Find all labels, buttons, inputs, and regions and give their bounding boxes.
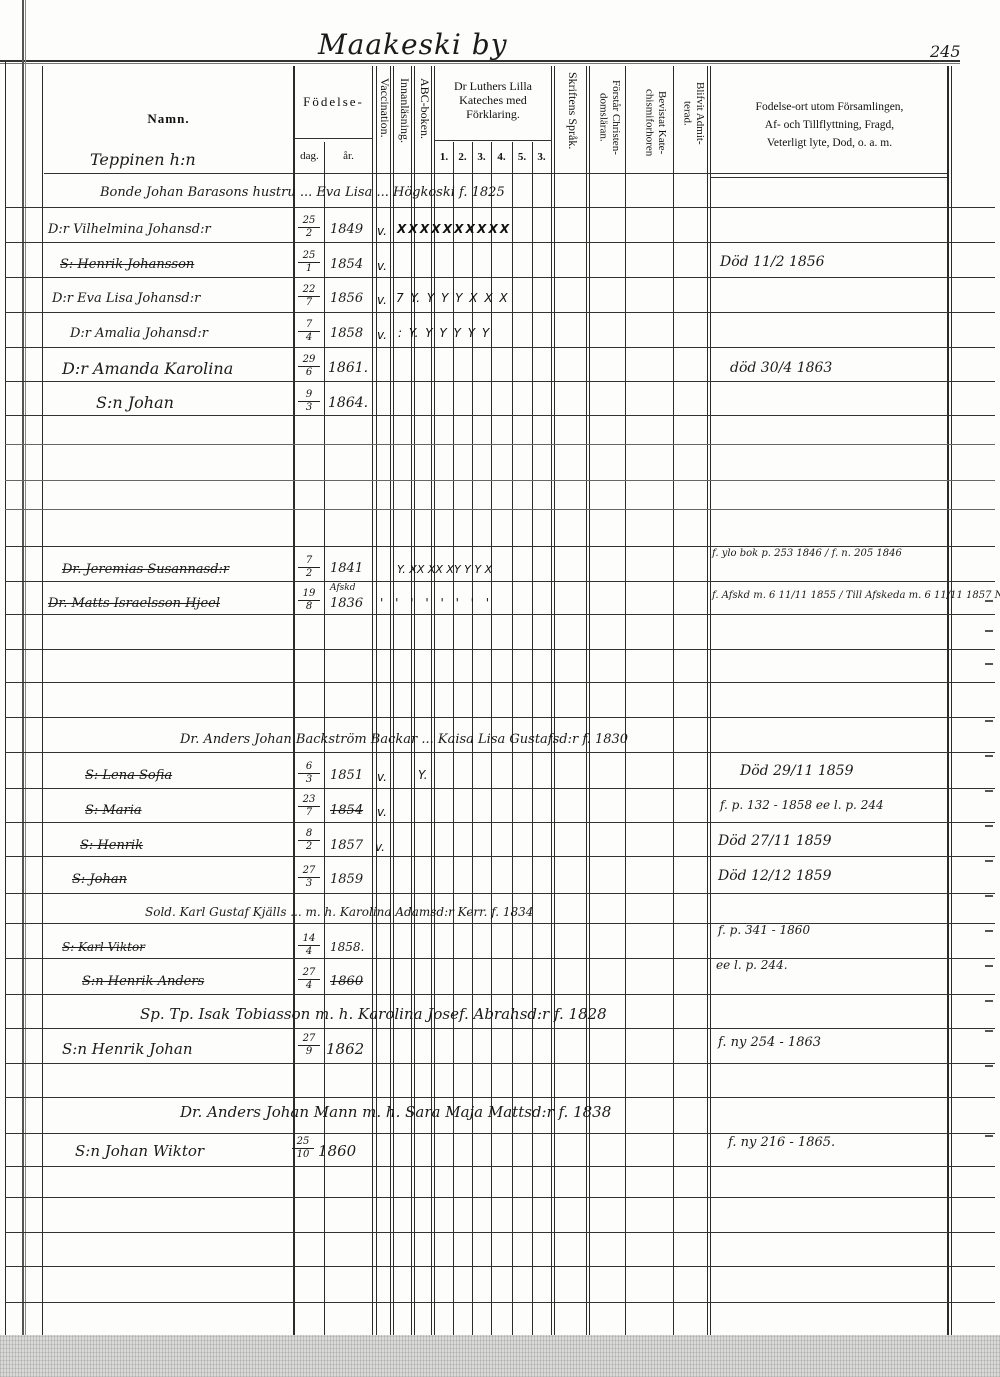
birth-year: 1836 [330, 596, 363, 611]
birth-day: 93 [298, 390, 320, 413]
birth-year: 1849 [330, 222, 363, 237]
birth-day-month: 4 [306, 980, 312, 991]
death-note: Död 29/11 1859 [740, 763, 854, 779]
vaccination-mark: v. [377, 293, 387, 307]
death-note: Död 11/2 1856 [720, 254, 825, 270]
birth-day-num: 22 [303, 284, 316, 295]
entry-name: S: Johan [72, 872, 127, 887]
catechism-marks: Y. [418, 768, 428, 782]
birth-day-num: 25 [297, 1136, 310, 1147]
migration-note: f. ny 216 - 1865. [728, 1135, 835, 1150]
birth-year: 1864. [328, 395, 368, 411]
household-name: Teppinen h:n [90, 150, 196, 169]
birth-day-num: 23 [303, 794, 316, 805]
birth-day-month: 2 [306, 568, 312, 579]
household-head: Dr. Anders Johan Mann m. h. Sara Maja Ma… [180, 1103, 611, 1121]
birth-day-num: 14 [303, 933, 316, 944]
header-forstar: Förstår Christen-domsläran. [592, 72, 622, 162]
entry-name: D:r Amalia Johansd:r [70, 326, 208, 341]
birth-day-month: 8 [306, 601, 312, 612]
birth-day-month: 3 [306, 402, 312, 413]
birth-day: 63 [298, 762, 320, 785]
catechism-marks: 7 Y. Y Y Y X X X [396, 291, 508, 305]
entry-name: S:n Henrik Johan [62, 1040, 193, 1058]
header-cat-5: 5. [512, 151, 532, 164]
birth-year: 1851 [330, 768, 363, 783]
birth-day-num: 7 [306, 319, 312, 330]
birth-day-month: 2 [306, 841, 312, 852]
birth-year: 1860 [330, 974, 363, 989]
migration-note: f. p. 341 - 1860 [718, 923, 810, 937]
birth-day-num: 25 [303, 250, 316, 261]
birth-day: 296 [298, 355, 320, 378]
village-title: Maakeski by [318, 28, 508, 61]
migration-note: f. ny 254 - 1863 [718, 1035, 821, 1050]
birth-year: 1854 [330, 257, 363, 272]
birth-day-num: 25 [303, 215, 316, 226]
vaccination-mark: v. [377, 770, 387, 784]
header-notes: Fodelse-ort utom Församlingen, Af- och T… [712, 99, 947, 152]
vaccination-mark: v. [377, 259, 387, 273]
birth-day: 74 [298, 320, 320, 343]
birth-year: 1856 [330, 291, 363, 306]
birth-year: 1860 [318, 1142, 356, 1160]
birth-day-month: 4 [306, 332, 312, 343]
catechism-marks: ' ' ' ' ' ' ' ' [380, 596, 489, 610]
birth-day: 72 [298, 556, 320, 579]
entry-name: D:r Amanda Karolina [62, 359, 233, 378]
header-skriftens-sprak: Skriftens Språk. [561, 72, 579, 149]
household-head: Sold. Karl Gustaf Kjälls ... m. h. Karol… [145, 905, 533, 919]
header-bevistat: Bevistat Kate-chismiforhoren [630, 78, 668, 168]
birth-year: 1862 [326, 1040, 364, 1058]
birth-day-month: 1 [306, 263, 312, 274]
birth-day-month: 9 [306, 1046, 312, 1057]
entry-name: S:n Johan Wiktor [75, 1142, 204, 1160]
entry-name: S: Henrik [80, 838, 143, 853]
header-cat-6: 3. [532, 151, 551, 164]
entry-name: S:n Johan [96, 393, 174, 412]
birth-day: 198 [298, 589, 320, 612]
birth-day-month: 3 [306, 878, 312, 889]
birth-year: 1841 [330, 561, 363, 576]
header-cat-4: 4. [491, 151, 512, 164]
header-cat-2: 2. [453, 151, 472, 164]
birth-day: 274 [298, 968, 320, 991]
page-edge-texture [0, 1335, 1000, 1377]
catechism-marks: X X X X X X X X X X [397, 222, 508, 236]
entry-name: S: Henrik Johansson [60, 257, 194, 272]
header-cat-1: 1. [435, 151, 453, 164]
birth-day-month: 4 [306, 946, 312, 957]
birth-year: 1858 [330, 326, 363, 341]
header-abc-boken: ABC-boken. [415, 78, 431, 139]
migration-note: ee l. p. 244. [716, 958, 788, 972]
entry-name: S: Lena Sofia [85, 768, 172, 783]
catechism-marks: Y. XX XX XY Y Y X [397, 563, 492, 576]
birth-day-num: 19 [303, 588, 316, 599]
header-luther: Dr Luthers Lilla Kateches med Förklaring… [435, 80, 551, 121]
birth-day-month: 10 [297, 1149, 310, 1160]
birth-year: 1857 [330, 838, 363, 853]
header-ar: år. [325, 150, 372, 163]
death-note: Död 12/12 1859 [718, 868, 832, 884]
header-dag: dag. [295, 150, 324, 163]
entry-name: D:r Eva Lisa Johansd:r [52, 291, 200, 306]
header-cat-3: 3. [472, 151, 491, 164]
migration-note: f. Afskd m. 6 11/11 1855 / Till Afskeda … [712, 590, 1000, 601]
migration-note: f. ylo bok p. 253 1846 / f. n. 205 1846 [712, 548, 902, 559]
birth-day: 251 [298, 251, 320, 274]
entry-name: Dr. Matts Israelsson Hjeel [48, 596, 220, 611]
birth-day-num: 6 [306, 761, 312, 772]
header-namn: Namn. [44, 112, 293, 127]
header-notes-line3: Veterligt lyte, Dod, o. a. m. [712, 135, 947, 153]
birth-day-month: 7 [306, 297, 312, 308]
header-blifvit: Blifvit Admit-terad. [678, 78, 706, 148]
header-vaccination: Vaccination. [377, 78, 391, 138]
entry-name: S: Karl Viktor [62, 940, 145, 954]
household-head: Dr. Anders Johan Backström Backar ... Ka… [180, 732, 628, 747]
birth-day: 82 [298, 829, 320, 852]
header-notes-line1: Fodelse-ort utom Församlingen, [712, 99, 947, 117]
death-note: död 30/4 1863 [730, 360, 832, 376]
vaccination-mark: v. [377, 224, 387, 238]
birth-day: 279 [298, 1034, 320, 1057]
household-head: Sp. Tp. Isak Tobiasson m. h. Karolina Jo… [140, 1005, 607, 1023]
birth-day-month: 3 [306, 774, 312, 785]
header-luther-line3: Förklaring. [435, 108, 551, 122]
birth-day-month: 2 [306, 228, 312, 239]
entry-name: S:n Henrik Anders [82, 974, 204, 989]
birth-year: 1854 [330, 803, 363, 818]
birth-day-num: 27 [303, 865, 316, 876]
entry-name: S: Maria [85, 803, 142, 818]
vaccination-mark: v. [375, 840, 385, 854]
header-notes-line2: Af- och Tillflyttning, Fragd, [712, 117, 947, 135]
birth-year: 1861. [328, 360, 368, 376]
header-luther-line1: Dr Luthers Lilla [435, 80, 551, 94]
birth-year: 1858. [330, 940, 364, 954]
vaccination-mark: v. [377, 805, 387, 819]
year-note: Afskd [330, 583, 356, 593]
birth-day-num: 27 [303, 1033, 316, 1044]
household-head: Bonde Johan Barasons hustru ... Eva Lisa… [100, 185, 505, 200]
vaccination-mark: v. [377, 328, 387, 342]
birth-day-month: 6 [306, 367, 312, 378]
birth-day-num: 7 [306, 555, 312, 566]
migration-note: f. p. 132 - 1858 ee l. p. 244 [720, 798, 884, 812]
catechism-marks: : Y. Y Y Y Y Y [398, 326, 489, 340]
birth-day: 273 [298, 866, 320, 889]
birth-year: 1859 [330, 872, 363, 887]
birth-day-num: 9 [306, 389, 312, 400]
birth-day-num: 8 [306, 828, 312, 839]
header-luther-line2: Kateches med [435, 94, 551, 108]
birth-day-month: 7 [306, 807, 312, 818]
birth-day-num: 27 [303, 967, 316, 978]
page-number: 245 [930, 42, 961, 61]
header-fodelse: Födelse- [295, 95, 372, 110]
birth-day: 237 [298, 795, 320, 818]
death-note: Död 27/11 1859 [718, 833, 832, 849]
entry-name: D:r Vilhelmina Johansd:r [48, 222, 211, 237]
birth-day: 227 [298, 285, 320, 308]
birth-day: 144 [298, 934, 320, 957]
birth-day: 2510 [292, 1137, 314, 1160]
birth-day: 252 [298, 216, 320, 239]
header-innanlasning: Innanläsning. [395, 78, 411, 143]
entry-name: Dr. Jeremias Susannasd:r [62, 562, 229, 577]
birth-day-num: 29 [303, 354, 316, 365]
